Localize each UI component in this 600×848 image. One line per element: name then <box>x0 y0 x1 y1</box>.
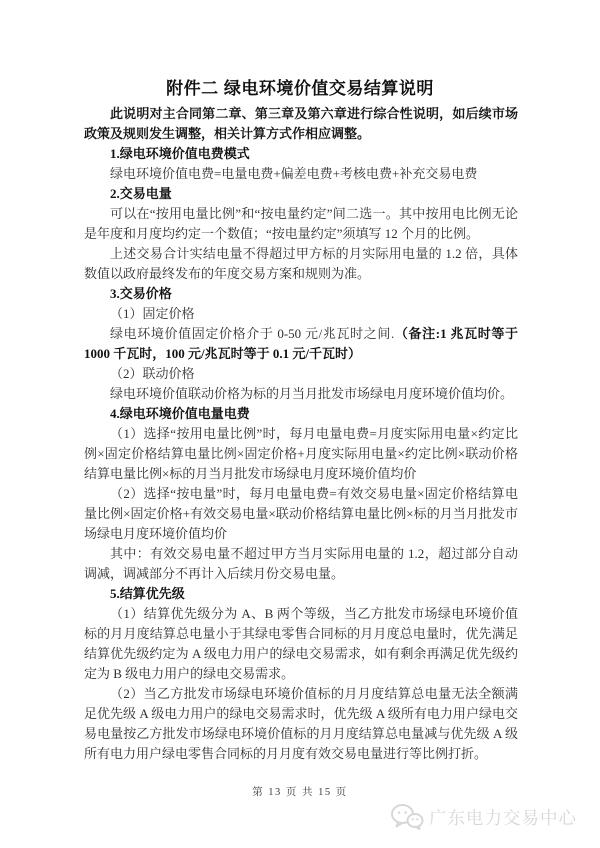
paragraph: 绿电环境价值固定价格介于 0-50 元/兆瓦时之间.（备注:1 兆瓦时等于 10… <box>84 324 518 364</box>
text-run: （2）选择“按电量”时，每月电量电费=有效交易电量×固定价格结算电量比例×固定价… <box>84 486 518 541</box>
text-run: 绿电环境价值联动价格为标的月当月批发市场绿电月度环境价值均价。 <box>110 386 513 401</box>
paragraph: （1）选择“按用电量比例”时，每月电量电费=月度实际用电量×约定比例×固定价格结… <box>84 424 518 484</box>
paragraph: 绿电环境价值联动价格为标的月当月批发市场绿电月度环境价值均价。 <box>84 384 518 404</box>
text-run: 可以在“按用电量比例”和“按电量约定”间二选一。其中按用电比例无论是年度和月度均… <box>84 206 518 241</box>
text-run: 1.绿电环境价值电费模式 <box>110 146 250 161</box>
document-body: 此说明对主合同第二章、第三章及第六章进行综合性说明，如后续市场政策及规则发生调整… <box>84 104 518 764</box>
section-heading: 3.交易价格 <box>84 284 518 304</box>
text-run: 此说明对主合同第二章、第三章及第六章进行综合性说明，如后续市场政策及规则发生调整… <box>84 106 518 141</box>
text-run: 其中：有效交易电量不超过甲方当月实际用电量的 1.2，超过部分自动调减，调减部分… <box>84 546 518 581</box>
paragraph: 上述交易合计实结电量不得超过甲方标的月实际用电量的 1.2 倍，具体数值以政府最… <box>84 244 518 284</box>
text-run: （2）联动价格 <box>110 366 195 381</box>
section-heading: 2.交易电量 <box>84 184 518 204</box>
document-page: 附件二 绿电环境价值交易结算说明 此说明对主合同第二章、第三章及第六章进行综合性… <box>0 0 600 848</box>
text-run: 5.结算优先级 <box>110 586 185 601</box>
text-run: 上述交易合计实结电量不得超过甲方标的月实际用电量的 1.2 倍，具体数值以政府最… <box>84 246 518 281</box>
paragraph: （2）选择“按电量”时，每月电量电费=有效交易电量×固定价格结算电量比例×固定价… <box>84 484 518 544</box>
section-heading: 4.绿电环境价值电量电费 <box>84 404 518 424</box>
text-run: 3.交易价格 <box>110 286 172 301</box>
paragraph: 可以在“按用电量比例”和“按电量约定”间二选一。其中按用电比例无论是年度和月度均… <box>84 204 518 244</box>
section-heading: 1.绿电环境价值电费模式 <box>84 144 518 164</box>
text-run: （2）当乙方批发市场绿电环境价值标的月月度结算总电量无法全额满足优先级 A 级电… <box>84 686 518 761</box>
text-run: （1）选择“按用电量比例”时，每月电量电费=月度实际用电量×约定比例×固定价格结… <box>84 426 518 481</box>
text-run: 绿电环境价值电费=电量电费+偏差电费+考核电费+补充交易电费 <box>110 166 477 181</box>
paragraph: （1）固定价格 <box>84 304 518 324</box>
paragraph: （1）结算优先级分为 A、B 两个等级，当乙方批发市场绿电环境价值标的月月度结算… <box>84 604 518 684</box>
wechat-icon <box>390 803 424 831</box>
text-run: 2.交易电量 <box>110 186 172 201</box>
watermark-text: 广东电力交易中心 <box>429 805 577 830</box>
page-number-footer: 第 13 页 共 15 页 <box>0 784 600 799</box>
paragraph: 绿电环境价值电费=电量电费+偏差电费+考核电费+补充交易电费 <box>84 164 518 184</box>
paragraph: （2）当乙方批发市场绿电环境价值标的月月度结算总电量无法全额满足优先级 A 级电… <box>84 684 518 764</box>
page-title: 附件二 绿电环境价值交易结算说明 <box>0 74 600 99</box>
paragraph: 其中：有效交易电量不超过甲方当月实际用电量的 1.2，超过部分自动调减，调减部分… <box>84 544 518 584</box>
text-run: 4.绿电环境价值电量电费 <box>110 406 250 421</box>
text-run: （1）结算优先级分为 A、B 两个等级，当乙方批发市场绿电环境价值标的月月度结算… <box>84 606 518 681</box>
paragraph: 此说明对主合同第二章、第三章及第六章进行综合性说明，如后续市场政策及规则发生调整… <box>84 104 518 144</box>
text-run: 绿电环境价值固定价格介于 0-50 元/兆瓦时之间. <box>110 326 394 341</box>
watermark: 广东电力交易中心 <box>390 803 577 831</box>
section-heading: 5.结算优先级 <box>84 584 518 604</box>
text-run: （1）固定价格 <box>110 306 195 321</box>
paragraph: （2）联动价格 <box>84 364 518 384</box>
